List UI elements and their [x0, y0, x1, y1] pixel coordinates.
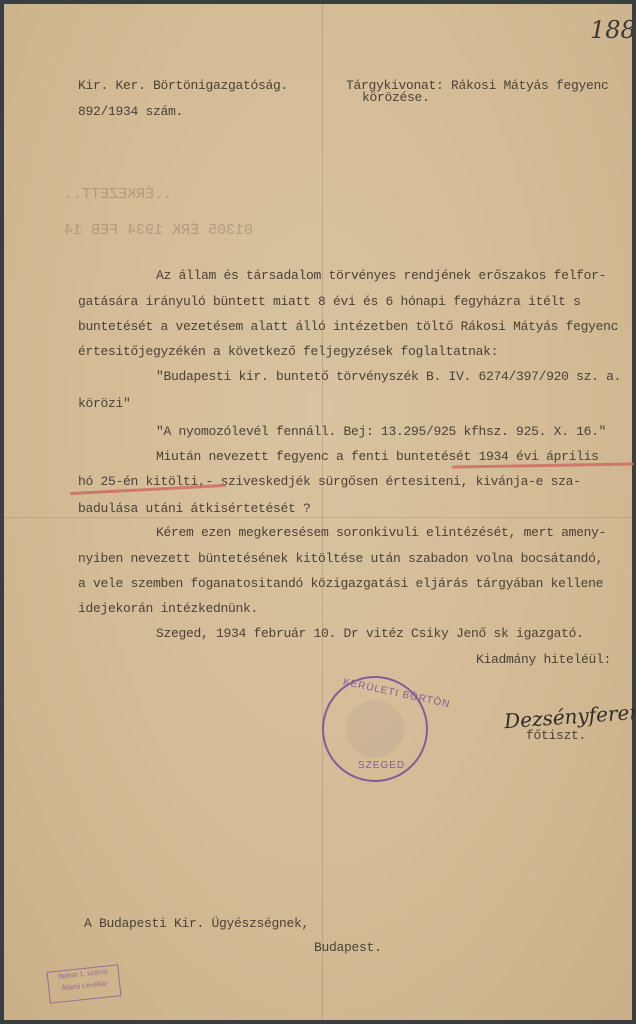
folio-number: 188 [590, 16, 636, 44]
closing-line: Szeged, 1934 február 10. Dr vitéz Csiky … [156, 626, 584, 642]
quote-line: "A nyomozólevél fennáll. Bej: 13.295/925… [156, 424, 606, 440]
signature-title: főtiszt. [526, 728, 586, 744]
ghost-stamp-line1: ..ÉRKEZETT.. [64, 186, 172, 203]
body-line: gatására irányuló büntett miatt 8 évi és… [78, 294, 581, 310]
body-line: a vele szemben foganatositandó közigazga… [78, 576, 603, 592]
official-seal: KERÜLETI BÖRTÖN SZEGED [322, 676, 428, 782]
quote-line: "Budapesti kir. buntető törvényszék B. I… [156, 369, 621, 385]
body-line: nyiben nevezett büntetésének kitöltése u… [78, 551, 603, 567]
addressee-line2: Budapest. [314, 940, 382, 956]
ghost-stamp-line2: 01305 ÉRK 1934 FEB 14 [64, 222, 253, 239]
body-line: Miután nevezett fegyenc a fenti buntetés… [156, 449, 599, 465]
sender-line1: Kir. Ker. Börtönigazgatóság. [78, 78, 288, 94]
body-line: értesitőjegyzékén a következő feljegyzés… [78, 344, 498, 360]
fold-line-vertical [322, 4, 323, 1020]
seal-emblem [346, 700, 404, 758]
body-line: badulása utáni átkisértetését ? [78, 501, 311, 517]
body-line: Az állam és társadalom törvényes rendjén… [156, 268, 606, 284]
document-page: 188 Kir. Ker. Börtönigazgatóság. 892/193… [4, 4, 632, 1020]
fold-line-horizontal [4, 517, 632, 518]
certification-line: Kiadmány hiteléül: [476, 652, 611, 668]
subject-line2: körözése. [362, 90, 430, 106]
body-line: buntetését a vezetésem alatt álló intéze… [78, 319, 618, 335]
reference-number: 892/1934 szám. [78, 104, 183, 120]
body-line: idejekorán intézkednünk. [78, 601, 258, 617]
body-line: Kérem ezen megkeresésem soronkivuli elin… [156, 525, 606, 541]
quote-line: körözi" [78, 396, 131, 412]
seal-bottom-text: SZEGED [358, 760, 405, 771]
addressee-line1: A Budapesti Kir. Ügyészségnek, [84, 916, 309, 932]
archive-stamp: Bpesti 1. számú Állami Levéltár [47, 964, 122, 1003]
